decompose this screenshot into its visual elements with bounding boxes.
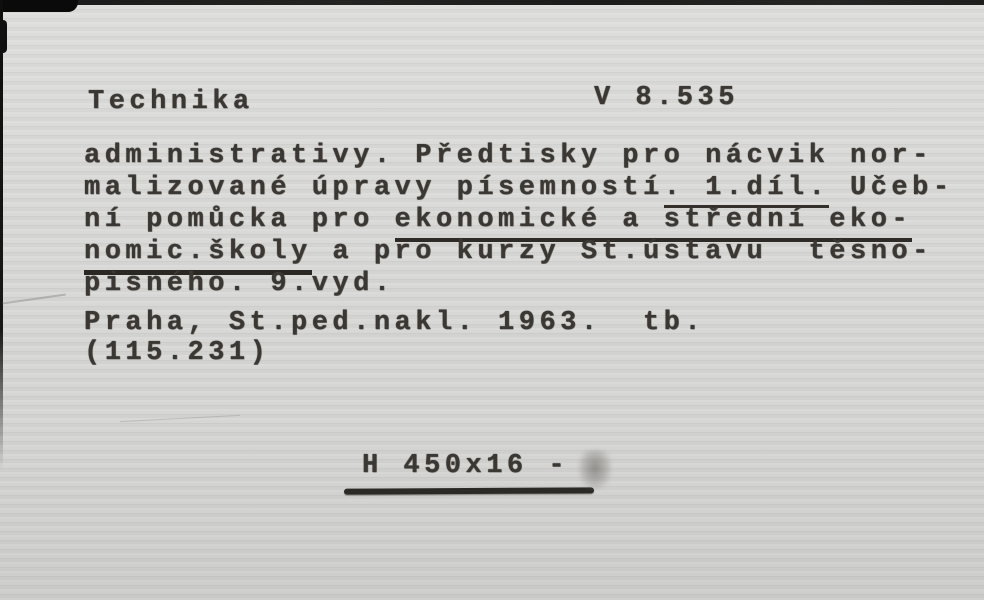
paper-crease bbox=[120, 415, 240, 422]
card-title: Technika bbox=[88, 86, 254, 118]
line-text: malizované úpravy písemností bbox=[84, 173, 664, 203]
format-note-underline bbox=[344, 487, 594, 494]
catalog-line-2: malizované úpravy písemností. 1.díl. Uče… bbox=[84, 172, 954, 204]
scan-edge-top bbox=[0, 0, 984, 5]
catalog-line-4: nomic.školy a pro kurzy St.ústavu těsno- bbox=[84, 236, 933, 268]
line-text: administrativy. Předtisky pro nácvik nor… bbox=[84, 141, 933, 171]
paper-scratch bbox=[2, 294, 66, 305]
line-text: a pro kurzy St.ústavu těsno- bbox=[312, 237, 933, 267]
ink-smudge bbox=[578, 450, 612, 490]
scan-edge-left bbox=[0, 0, 3, 470]
call-number: V 8.535 bbox=[594, 82, 739, 114]
line-text: Učeb- bbox=[829, 173, 953, 203]
scan-edge-left-mark bbox=[0, 20, 7, 53]
underlined-text: . 1.díl. bbox=[664, 173, 830, 208]
catalog-line-3: ní pomůcka pro ekonomické a střední eko- bbox=[84, 204, 912, 236]
line-text: ní pomůcka pro bbox=[84, 205, 395, 235]
catalog-card: Technika V 8.535 administrativy. Předtis… bbox=[0, 0, 984, 600]
catalog-line-1: administrativy. Předtisky pro nácvik nor… bbox=[84, 140, 933, 172]
imprint-line: Praha, St.ped.nakl. 1963. tb. bbox=[84, 307, 705, 339]
catalog-line-5: pisného. 9.vyd. bbox=[84, 268, 395, 300]
format-note: H 450x16 - bbox=[362, 450, 569, 482]
scan-corner-blob bbox=[0, 0, 78, 12]
inventory-number: (115.231) bbox=[84, 337, 270, 369]
line-text: pisného. 9.vyd. bbox=[84, 269, 395, 299]
